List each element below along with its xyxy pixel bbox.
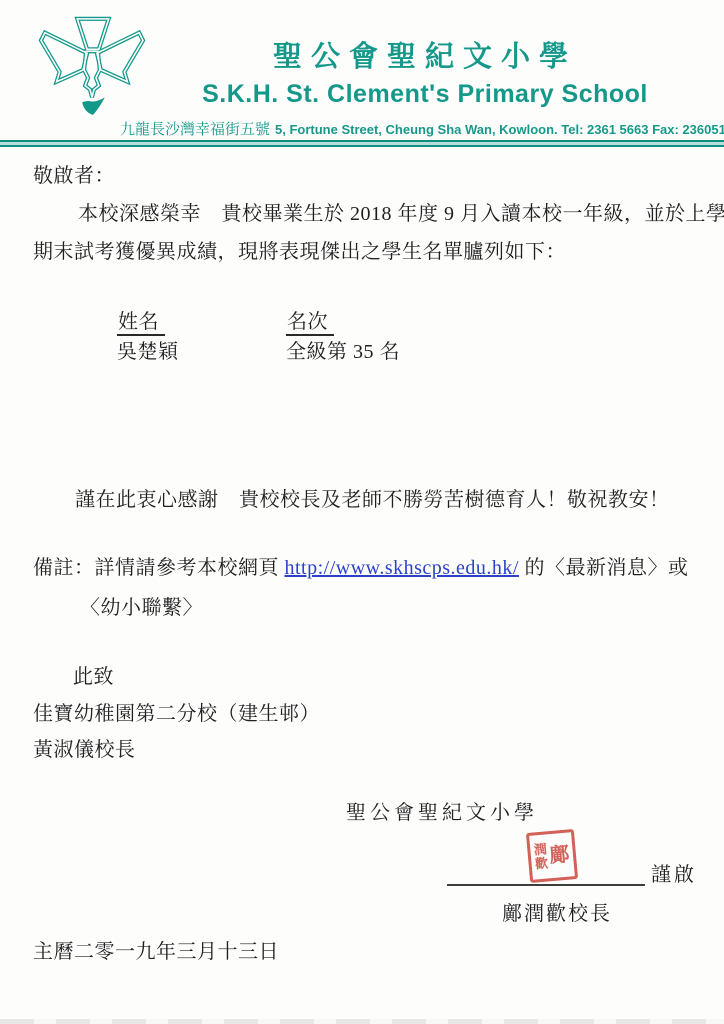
- note-suffix: 的〈最新消息〉或: [519, 557, 689, 579]
- paragraph-line-1: 本校深感榮幸 貴校畢業生於 2018 年度 9 月入讀本校一年級，並於上學: [78, 202, 724, 226]
- principal-seal-stamp: 潤 歡 鄺: [526, 829, 578, 883]
- scan-bottom-edge: [0, 1019, 724, 1024]
- address-english: 5, Fortune Street, Cheung Sha Wan, Kowlo…: [275, 122, 724, 137]
- paragraph-line-2: 期末試考獲優異成績，現將表現傑出之學生名單臚列如下：: [33, 240, 566, 264]
- signature-line: [447, 884, 645, 886]
- respect-closing: 謹啟: [651, 863, 697, 887]
- closing-phrase: 此致: [73, 665, 114, 689]
- school-name-english: S.K.H. St. Clement's Primary School: [150, 79, 700, 109]
- website-link[interactable]: http://www.skhscps.edu.hk/: [285, 557, 519, 579]
- signer-name: 鄺潤歡校長: [502, 902, 612, 926]
- note-prefix: 備註：詳情請參考本校網頁: [33, 557, 285, 579]
- table-header-rank: 名次: [286, 310, 334, 334]
- scanned-letter-page: 聖公會聖紀文小學 S.K.H. St. Clement's Primary Sc…: [0, 0, 724, 1024]
- note-line-1: 備註：詳情請參考本校網頁 http://www.skhscps.edu.hk/ …: [33, 556, 688, 580]
- skh-dove-logo-icon: [28, 12, 156, 118]
- student-rank-cell: 全級第 35 名: [286, 340, 400, 364]
- seal-right-column: 鄺: [549, 844, 571, 867]
- seal-char-right: 鄺: [549, 844, 571, 867]
- school-address-line: 九龍長沙灣幸福街五號5, Fortune Street, Cheung Sha …: [120, 121, 716, 139]
- letter-date: 主曆二零一九年三月十三日: [33, 940, 279, 964]
- recipient-school: 佳寶幼稚園第二分校（建生邨）: [33, 702, 320, 726]
- recipient-principal: 黃淑儀校長: [33, 738, 136, 762]
- header-divider-rule: [0, 140, 724, 147]
- address-chinese: 九龍長沙灣幸福街五號: [120, 122, 270, 138]
- seal-left-column: 潤 歡: [533, 843, 548, 871]
- signoff-school-name: 聖公會聖紀文小學: [346, 801, 538, 825]
- salutation: 敬啟者：: [33, 164, 115, 188]
- school-name-chinese: 聖公會聖紀文小學: [150, 40, 700, 75]
- note-line-2: 〈幼小聯繫〉: [80, 596, 203, 620]
- student-name-cell: 吳楚穎: [117, 340, 179, 364]
- table-header-name: 姓名: [117, 310, 165, 334]
- seal-char-left-bottom: 歡: [535, 856, 549, 871]
- thanks-line: 謹在此衷心感謝 貴校校長及老師不勝勞苦樹德育人！敬祝教安！: [75, 488, 670, 512]
